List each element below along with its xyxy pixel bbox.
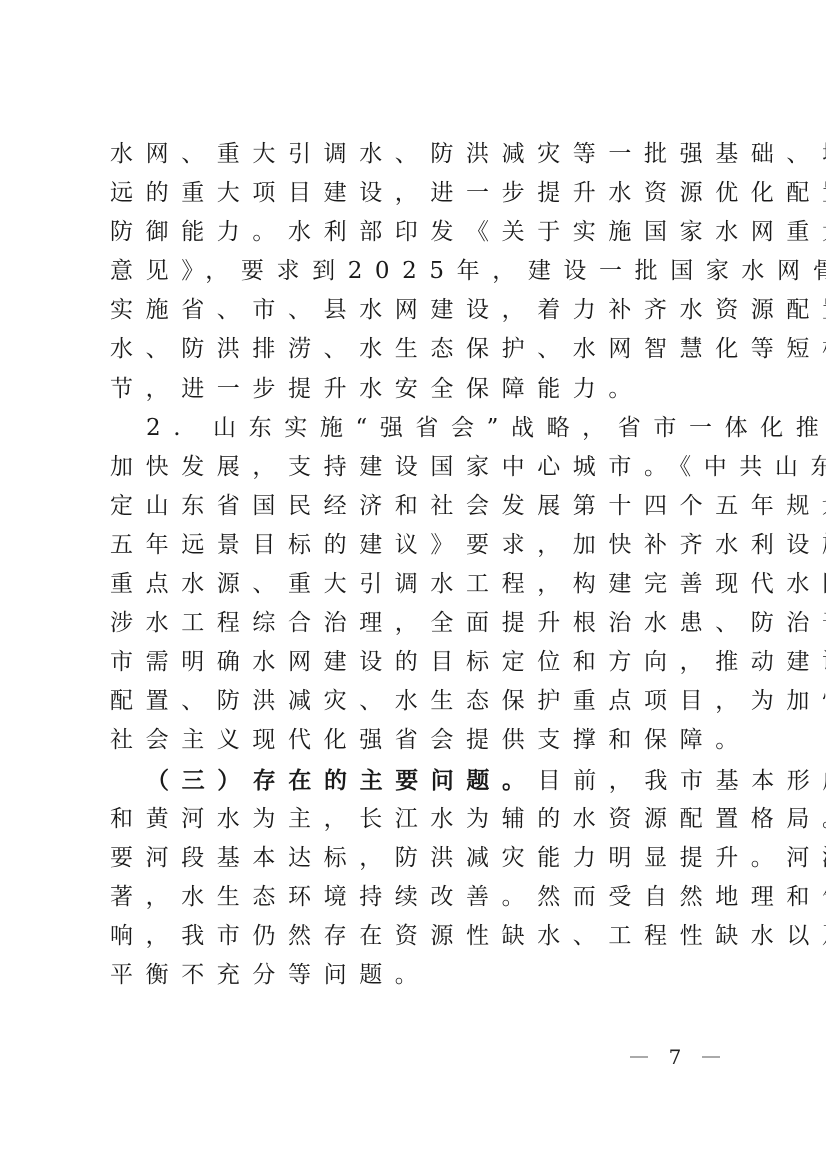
- text-line: 重点水源、重大引调水工程，构建完善现代水网，加快实施: [110, 565, 722, 604]
- body-text: 水网、重大引调水、防洪减灾等一批强基础、增功能、利长 远的重大项目建设，进一步提…: [110, 135, 722, 995]
- paragraph-water-network-policy: 水网、重大引调水、防洪减灾等一批强基础、增功能、利长 远的重大项目建设，进一步提…: [110, 135, 722, 409]
- page-number-value: 7: [669, 1045, 682, 1069]
- document-page: 水网、重大引调水、防洪减灾等一批强基础、增功能、利长 远的重大项目建设，进一步提…: [0, 0, 826, 1169]
- paragraph-shandong-strategy: 2. 山东实施“强省会”战略，省市一体化推进济南市 加快发展，支持建设国家中心城…: [110, 409, 722, 761]
- text-line: 社会主义现代化强省会提供支撑和保障。: [110, 721, 722, 760]
- text-line: 意见》，要求到2025年，建设一批国家水网骨干工程，有序: [110, 252, 722, 291]
- page-number: 7: [630, 1045, 720, 1069]
- text-line: 和黄河水为主，长江水为辅的水资源配置格局。主要河流重: [110, 800, 722, 839]
- text-line: 平衡不充分等问题。: [110, 956, 722, 995]
- text-line: 市需明确水网建设的目标定位和方向，推动建设一批水资源: [110, 643, 722, 682]
- text-line: 定山东省国民经济和社会发展第十四个五年规划和二O三: [110, 487, 722, 526]
- section-heading: （三）存在的主要问题。: [146, 767, 538, 794]
- paragraph-main-problems: （三）存在的主要问题。目前，我市基本形成以当地水 和黄河水为主，长江水为辅的水资…: [110, 761, 722, 996]
- text-line: 水网、重大引调水、防洪减灾等一批强基础、增功能、利长: [110, 135, 722, 174]
- dash-left: [630, 1056, 648, 1058]
- dash-right: [702, 1056, 720, 1058]
- text-line: 水、防洪排涝、水生态保护、水网智慧化等短板和薄弱环: [110, 330, 722, 369]
- text-line: 实施省、市、县水网建设，着力补齐水资源配置、城乡供: [110, 291, 722, 330]
- text-line: （三）存在的主要问题。目前，我市基本形成以当地水: [110, 761, 722, 800]
- text-line: 节，进一步提升水安全保障能力。: [110, 370, 722, 409]
- text-line: 涉水工程综合治理，全面提升根治水患、防治干旱能力。我: [110, 604, 722, 643]
- text-run: 目前，我市基本形成以当地水: [538, 768, 826, 794]
- text-line: 2. 山东实施“强省会”战略，省市一体化推进济南市: [110, 409, 722, 448]
- text-line: 防御能力。水利部印发《关于实施国家水网重大工程的指导: [110, 213, 722, 252]
- text-line: 远的重大项目建设，进一步提升水资源优化配置和水旱灾害: [110, 174, 722, 213]
- text-line: 响，我市仍然存在资源性缺水、工程性缺水以及水务发展不: [110, 917, 722, 956]
- text-line: 五年远景目标的建议》要求，加快补齐水利设施短板，建设: [110, 526, 722, 565]
- text-line: 要河段基本达标，防洪减灾能力明显提升。河湖治理效果显: [110, 839, 722, 878]
- text-line: 加快发展，支持建设国家中心城市。《中共山东省委关于制: [110, 448, 722, 487]
- text-line: 著，水生态环境持续改善。然而受自然地理和气候条件影: [110, 878, 722, 917]
- text-line: 配置、防洪减灾、水生态保护重点项目，为加快建设新时代: [110, 682, 722, 721]
